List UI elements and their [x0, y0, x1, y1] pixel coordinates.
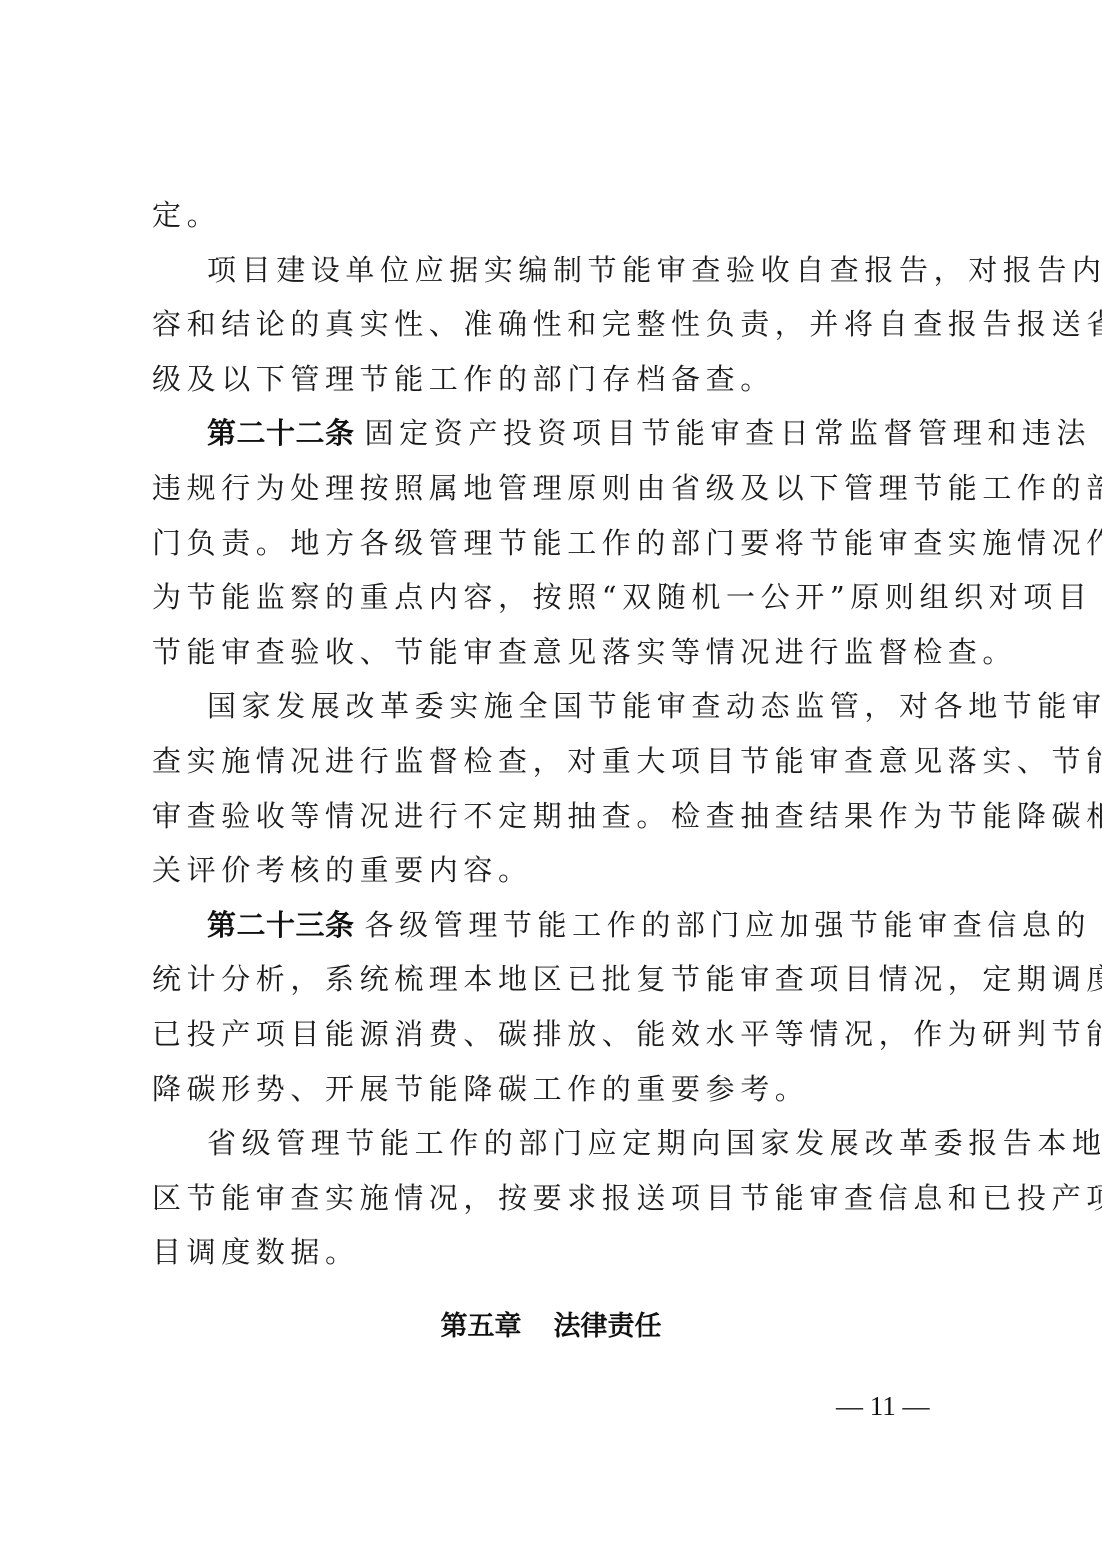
document-body: 定。 项目建设单位应据实编制节能审查验收自查报告，对报告内 容和结论的真实性、准…: [152, 188, 952, 1280]
paragraph-line: 门负责。地方各级管理节能工作的部门要将节能审查实施情况作: [152, 516, 952, 571]
paragraph-line: 容和结论的真实性、准确性和完整性负责，并将自查报告报送省: [152, 297, 952, 352]
paragraph-line: 省级管理节能工作的部门应定期向国家发展改革委报告本地: [152, 1116, 952, 1171]
document-page: 定。 项目建设单位应据实编制节能审查验收自查报告，对报告内 容和结论的真实性、准…: [0, 0, 1102, 1559]
paragraph-line: 目调度数据。: [152, 1225, 952, 1280]
article-22-text: 固定资产投资项目节能审查日常监督管理和违法: [365, 416, 1092, 450]
paragraph-line: 为节能监察的重点内容，按照“双随机一公开”原则组织对项目: [152, 570, 952, 625]
paragraph-line: 国家发展改革委实施全国节能审查动态监管，对各地节能审: [152, 679, 952, 734]
paragraph-line: 统计分析，系统梳理本地区已批复节能审查项目情况，定期调度: [152, 952, 952, 1007]
article-23-label: 第二十三条: [207, 908, 355, 942]
article-22-first-line: 第二十二条固定资产投资项目节能审查日常监督管理和违法: [152, 406, 952, 461]
article-23-text: 各级管理节能工作的部门应加强节能审查信息的: [365, 908, 1092, 942]
paragraph-line: 节能审查验收、节能审查意见落实等情况进行监督检查。: [152, 625, 952, 680]
paragraph-line: 查实施情况进行监督检查，对重大项目节能审查意见落实、节能: [152, 734, 952, 789]
paragraph-line: 项目建设单位应据实编制节能审查验收自查报告，对报告内: [152, 243, 952, 298]
paragraph-line: 关评价考核的重要内容。: [152, 843, 952, 898]
chapter-heading: 第五章法律责任: [0, 1300, 1102, 1354]
article-22-label: 第二十二条: [207, 416, 355, 450]
article-23-first-line: 第二十三条各级管理节能工作的部门应加强节能审查信息的: [152, 898, 952, 953]
paragraph-line: 降碳形势、开展节能降碳工作的重要参考。: [152, 1062, 952, 1117]
paragraph-line: 区节能审查实施情况，按要求报送项目节能审查信息和已投产项: [152, 1171, 952, 1226]
chapter-title-text: 法律责任: [554, 1311, 662, 1342]
chapter-number: 第五章: [441, 1311, 522, 1342]
paragraph-line: 级及以下管理节能工作的部门存档备查。: [152, 352, 952, 407]
continuation-line: 定。: [152, 188, 952, 243]
paragraph-line: 已投产项目能源消费、碳排放、能效水平等情况，作为研判节能: [152, 1007, 952, 1062]
page-number: — 11 —: [836, 1384, 930, 1428]
paragraph-line: 审查验收等情况进行不定期抽查。检查抽查结果作为节能降碳相: [152, 789, 952, 844]
paragraph-line: 违规行为处理按照属地管理原则由省级及以下管理节能工作的部: [152, 461, 952, 516]
